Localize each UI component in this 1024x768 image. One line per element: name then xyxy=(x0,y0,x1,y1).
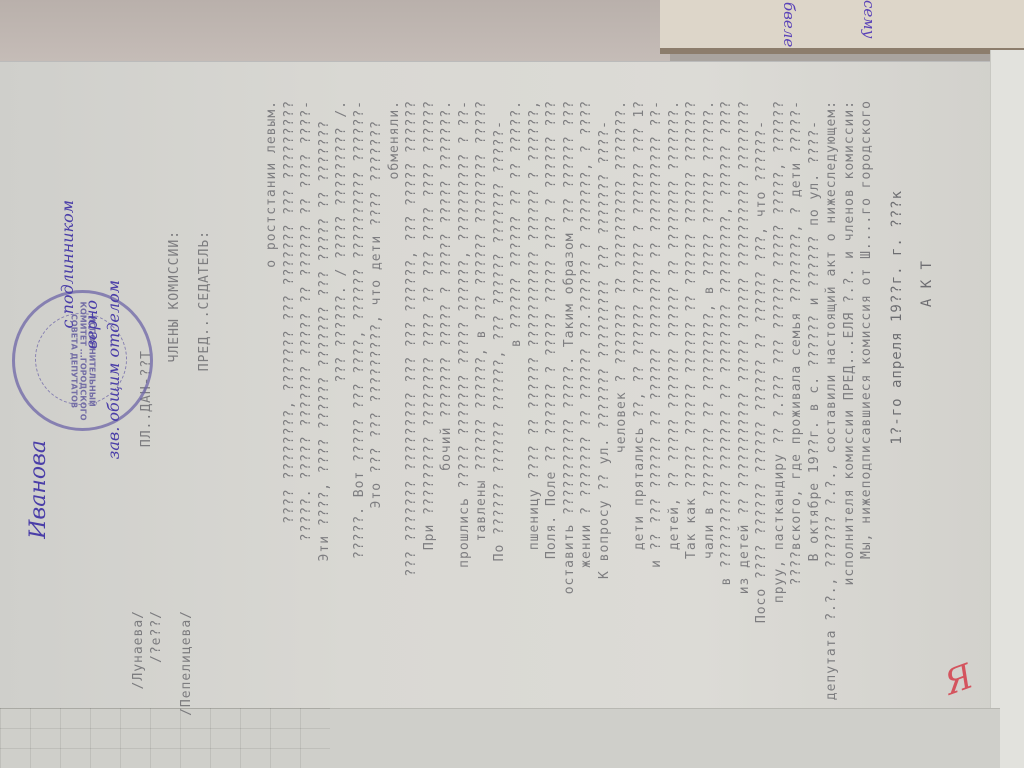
text-line: ??? ??????? ????????? ??? ??? ??????, ??… xyxy=(405,100,418,577)
text-line: чали в ???????? ?? ?????????, в ????? ??… xyxy=(703,100,716,559)
underlying-sheet-top xyxy=(0,0,670,69)
text-line: Поля. Поле ?? ?????? ? ????? ????? ???? … xyxy=(545,100,558,559)
text-line: оставить ??????????? ?????. Таким образо… xyxy=(563,100,576,594)
text-line: депутата ?.?., ?????? ?.?., составили на… xyxy=(825,100,838,700)
chairman-signature: /Пепелицева/ xyxy=(180,610,193,716)
text-line: ?????. ????? ??????? ????? ?? ?????? ?? … xyxy=(300,100,313,541)
text-line: прошлись ????? ??????? ????? ??????, ???… xyxy=(458,100,471,568)
handwritten-note: бвеле xyxy=(780,2,798,47)
text-line: По ?????? ?????? ??????, ??? ?????? ????… xyxy=(493,120,506,561)
text-line: обменяли. xyxy=(388,100,401,179)
text-line: ???? ????????, ??????? ??? ??????? ??? ?… xyxy=(283,100,296,524)
handwritten-note: сему xyxy=(860,0,878,38)
text-line: и ?? ??? ?????? ?? ?????? ???????? ?? ??… xyxy=(650,100,663,568)
document-text: А К Т 1?-го апреля 19??г. г. ???к Мы, ни… xyxy=(120,90,940,700)
handwritten-note: верно xyxy=(82,300,101,349)
member-signature: /Лунаева/ xyxy=(132,610,145,689)
text-line: ????вского, где проживала семья ????????… xyxy=(790,100,803,585)
text-line: Эти ????, ???? ?????? ??????? ??? ????? … xyxy=(318,120,331,561)
text-line: в ?????????? ??????? ?? ???????? ???????… xyxy=(720,100,733,585)
text-line: тавлены ?????? ??????, в ??? ?????? ????… xyxy=(475,100,488,541)
grid-paper-fragment xyxy=(0,708,330,768)
members-label: ЧЛЕНЫ КОМИССИИ: xyxy=(168,230,181,362)
text-line: Это ??? ??? ?????????, что дети ???? ???… xyxy=(370,120,383,508)
text-line: Так как ????? ?????? ?????? ?? ?????? ??… xyxy=(685,100,698,559)
text-line: При ????????? ???????? ???? ?? ??? ???? … xyxy=(423,100,436,550)
text-line: из детей ?? ??????????? ????? ?????? ???… xyxy=(738,100,751,594)
text-line: Мы, нижеподписавшиеся комиссия от Ш....г… xyxy=(860,100,873,559)
text-line: ??? ??????. / ????? ????????? /. xyxy=(335,100,348,382)
text-line: пшеницу ???? ?? ?????? ??????????? ?????… xyxy=(528,100,541,550)
handwritten-signature: Иванова xyxy=(26,440,51,539)
text-line: В октябре 19??г. в с. ?????? и ?????? по… xyxy=(808,120,821,561)
underlying-sheet-top-right: бвеле сему xyxy=(660,0,1024,54)
text-line: о ростстании левым. xyxy=(265,100,278,268)
text-line: К вопросу ?? ул. ??????? ????????? ??? ?… xyxy=(598,120,611,579)
page-edge xyxy=(990,50,1024,768)
document-title: А К Т xyxy=(920,260,934,307)
text-line: исполнителя комиссии ПРЕД...ЕЛЯ ?.?. и ч… xyxy=(843,100,856,585)
chairman-label: ПРЕД...СЕДАТЕЛЬ: xyxy=(198,230,211,371)
text-line: жении ? ??????? ?? ?????? ??.?????? ? ??… xyxy=(580,100,593,568)
text-line: Посо ???? ?????? ?????? ?????? ?? ??????… xyxy=(755,120,768,623)
text-line: в ?????? ?????? ?? ?? ?????. xyxy=(510,100,523,347)
text-line: ?????. Вот ????? ??? ????, ?????? ??????… xyxy=(353,100,366,559)
text-line: дети прятались ??, ?? ?????? ?????? ? ??… xyxy=(633,100,646,550)
text-line: человек ? ??????? ?? ?????????? ???????. xyxy=(615,100,628,453)
document-date: 1?-го апреля 19??г. г. ???к xyxy=(890,190,904,445)
text-line: пруу, пасткандиру ?? ?.??? ??? ?????? ??… xyxy=(773,100,786,603)
handwritten-note: с подлинником xyxy=(58,200,77,328)
text-line: детей, ?? ????? ??????? ?????? ?? ??????… xyxy=(668,100,681,550)
member-signature: /?е??/ xyxy=(150,610,163,663)
text-line: бочий ??????? ????? ? ????? ????? ??????… xyxy=(440,100,453,471)
handwritten-note: зав. общим отделом xyxy=(104,280,123,459)
